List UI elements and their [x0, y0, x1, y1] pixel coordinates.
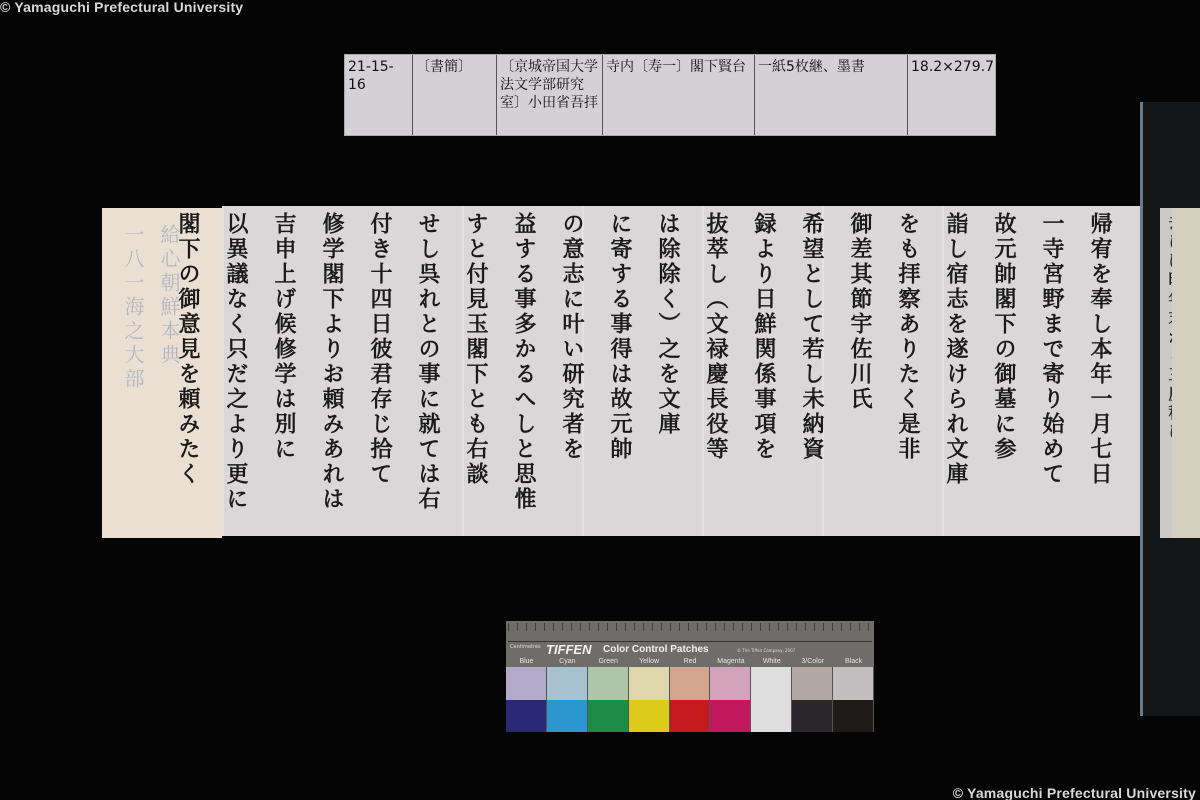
show-through-text: 一八一海之大部 — [116, 224, 150, 392]
label-recipient: 寺内〔寿一〕閣下賢台 — [603, 55, 755, 135]
patch-name: Black — [833, 658, 874, 665]
ruler-unit-label: Centimetres — [510, 644, 541, 650]
color-patch — [588, 667, 629, 700]
color-patches — [506, 667, 874, 732]
chart-copyright: © The Tiffen Company, 2007 — [737, 648, 795, 653]
patch-name: 3/Color — [792, 658, 833, 665]
color-patch — [833, 700, 874, 733]
label-dimensions: 18.2×279.7 — [908, 55, 995, 135]
patch-names: Blue Cyan Green Yellow Red Magenta White… — [506, 658, 874, 665]
color-patch — [629, 667, 670, 700]
color-patch — [710, 700, 751, 733]
letter-column: 一寺宮野まで寄り始めて — [1030, 212, 1074, 530]
label-sender: 〔京城帝国大学法文学部研究室〕小田省吾拝 — [497, 55, 603, 135]
color-patch — [792, 700, 833, 733]
patch-name: Blue — [506, 658, 547, 665]
color-patch — [547, 700, 588, 733]
color-patch — [751, 700, 792, 733]
letter-column: 閣下の御意見を頼みたく — [166, 212, 210, 530]
letter-column: 録より日鮮関係事項を — [742, 212, 786, 530]
color-patch — [629, 700, 670, 733]
label-type: 〔書簡〕 — [413, 55, 497, 135]
label-id: 21-15-16 — [345, 55, 413, 135]
letter-column: 故元帥閣下の御墓に参 — [982, 212, 1026, 530]
letter-column: 付き十四日彼君存じ拾て — [358, 212, 402, 530]
letter-column: 修学閣下よりお頼みあれは — [310, 212, 354, 530]
catalog-label: 21-15-16 〔書簡〕 〔京城帝国大学法文学部研究室〕小田省吾拝 寺内〔寿一… — [344, 54, 996, 136]
letter-column: 希望として若し未納資 — [790, 212, 834, 530]
tiffen-logo: TIFFEN — [546, 642, 592, 657]
color-patch — [670, 700, 711, 733]
watermark-bottom-right: © Yamaguchi Prefectural University — [953, 785, 1196, 800]
glass-weight — [1140, 102, 1200, 716]
color-patch — [547, 667, 588, 700]
watermark-top-left: © Yamaguchi Prefectural University — [0, 0, 243, 15]
letter-column: の意志に叶い研究者を — [550, 212, 594, 530]
letter-column: 詣し宿志を遂けられ文庫 — [934, 212, 978, 530]
letter-text: 帰宥を奉し本年一月七日 一寺宮野まで寄り始めて 故元帥閣下の御墓に参 詣し宿志を… — [222, 212, 1142, 530]
letter-column: 帰宥を奉し本年一月七日 — [1078, 212, 1122, 530]
color-patch — [506, 667, 547, 700]
patch-name: Yellow — [629, 658, 670, 665]
chart-title: Color Control Patches — [603, 644, 709, 655]
color-patch — [710, 667, 751, 700]
color-control-chart: Centimetres TIFFEN Color Control Patches… — [506, 621, 874, 732]
color-patch — [792, 667, 833, 700]
patch-name: Magenta — [710, 658, 751, 665]
letter-column: 抜萃し（文禄慶長役等 — [694, 212, 738, 530]
patch-name: White — [751, 658, 792, 665]
letter-column: 以異議なく只だ之より更に — [214, 212, 258, 530]
patch-name: Red — [670, 658, 711, 665]
patch-name: Green — [588, 658, 629, 665]
letter-column: に寄する事得は故元帥 — [598, 212, 642, 530]
color-patch — [506, 700, 547, 733]
color-patch — [751, 667, 792, 700]
letter-column: すと付見玉閣下とも右談 — [454, 212, 498, 530]
letter-column: 吉申上げ候修学は別に — [262, 212, 306, 530]
patch-name: Cyan — [547, 658, 588, 665]
letter-column: せし呉れとの事に就ては右 — [406, 212, 450, 530]
color-patch — [670, 667, 711, 700]
label-format: 一紙5枚継、墨書 — [755, 55, 908, 135]
letter-column: 御差其節宇佐川氏 — [838, 212, 882, 530]
letter-column: をも拝察ありたく是非 — [886, 212, 930, 530]
color-patch — [833, 667, 874, 700]
scroll-main-sheet: 帰宥を奉し本年一月七日 一寺宮野まで寄り始めて 故元帥閣下の御墓に参 詣し宿志を… — [222, 206, 1142, 536]
letter-column: 益する事多かるへしと思惟 — [502, 212, 546, 530]
ruler — [508, 623, 872, 642]
color-patch — [588, 700, 629, 733]
letter-column: は除除く）之を文庫 — [646, 212, 690, 530]
